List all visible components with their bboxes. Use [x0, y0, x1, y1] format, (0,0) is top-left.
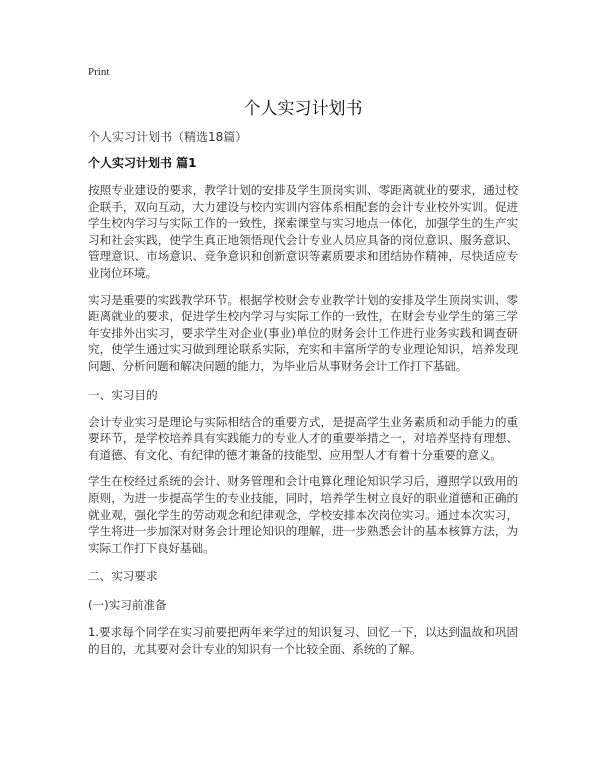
paragraph: 会计专业实习是理论与实际相结合的重要方式，是提高学生业务素质和动手能力的重要环节… — [88, 414, 518, 464]
print-link[interactable]: Print — [88, 66, 518, 82]
paragraph: 1.要求每个同学在实习前要把两年来学过的知识复习、回忆一下，以达到温故和巩固的目… — [88, 624, 518, 657]
section-title: 个人实习计划书 篇1 — [88, 154, 518, 172]
heading-pre-internship-prep: (一)实习前准备 — [88, 597, 518, 614]
heading-internship-purpose: 一、实习目的 — [88, 387, 518, 404]
paragraph: 学生在校经过系统的会计、财务管理和会计电算化理论知识学习后，遵照学以致用的原则，… — [88, 473, 518, 556]
document-subtitle: 个人实习计划书（精选18篇） — [88, 128, 518, 146]
heading-internship-requirements: 二、实习要求 — [88, 568, 518, 585]
document-title: 个人实习计划书 — [88, 96, 518, 122]
paragraph: 按照专业建设的要求，教学计划的安排及学生顶岗实训、零距离就业的要求，通过校企联手… — [88, 182, 518, 282]
document-page: Print 个人实习计划书 个人实习计划书（精选18篇） 个人实习计划书 篇1 … — [88, 66, 518, 657]
paragraph: 实习是重要的实践教学环节。根据学校财会专业教学计划的安排及学生顶岗实训、零距离就… — [88, 292, 518, 375]
